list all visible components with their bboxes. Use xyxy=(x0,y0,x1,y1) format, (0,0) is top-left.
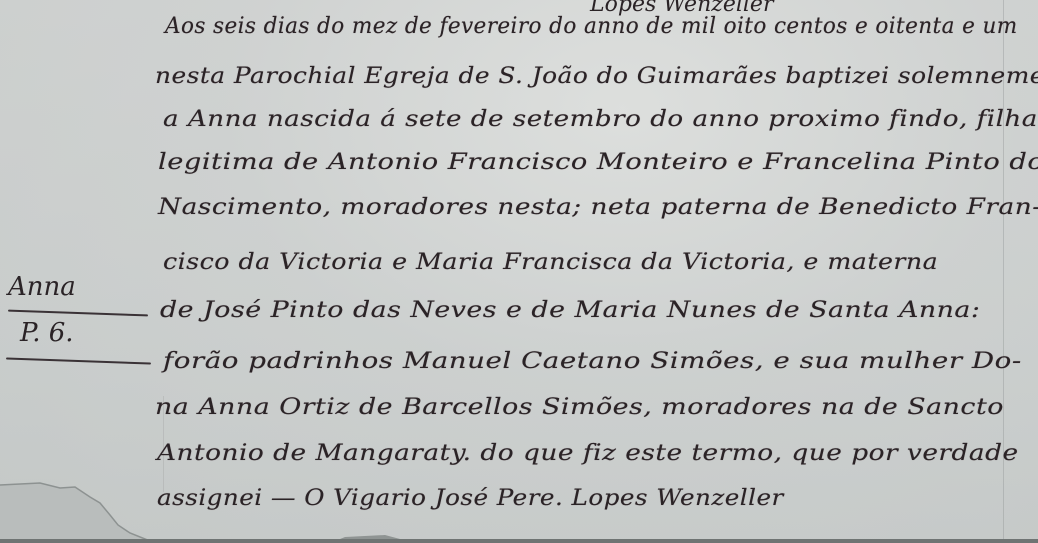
record-line-1: Aos seis dias do mez de fevereiro do ann… xyxy=(165,14,1018,39)
record-line-3: a Anna nascida á sete de setembro do ann… xyxy=(163,107,1038,132)
record-line-5: Nascimento, moradores nesta; neta patern… xyxy=(158,195,1038,220)
margin-note-reference: P. 6. xyxy=(20,318,74,348)
record-line-4: legitima de Antonio Francisco Monteiro e… xyxy=(158,150,1038,175)
margin-note-name: Anna xyxy=(8,272,76,302)
photo-bottom-edge xyxy=(0,539,1038,543)
record-line-9: na Anna Ortiz de Barcellos Simões, morad… xyxy=(155,395,1004,420)
document-page: Lopes Wenzeller Anna P. 6. Aos seis dias… xyxy=(0,0,1038,543)
record-line-8: forão padrinhos Manuel Caetano Simões, e… xyxy=(163,349,1022,374)
torn-paper-edge xyxy=(0,463,420,543)
record-line-6: cisco da Victoria e Maria Francisca da V… xyxy=(163,250,938,275)
record-line-7: de José Pinto das Neves e de Maria Nunes… xyxy=(160,298,980,323)
margin-underline-2 xyxy=(6,357,151,364)
record-line-2: nesta Parochial Egreja de S. João do Gui… xyxy=(155,64,1038,89)
margin-underline-1 xyxy=(8,310,148,317)
